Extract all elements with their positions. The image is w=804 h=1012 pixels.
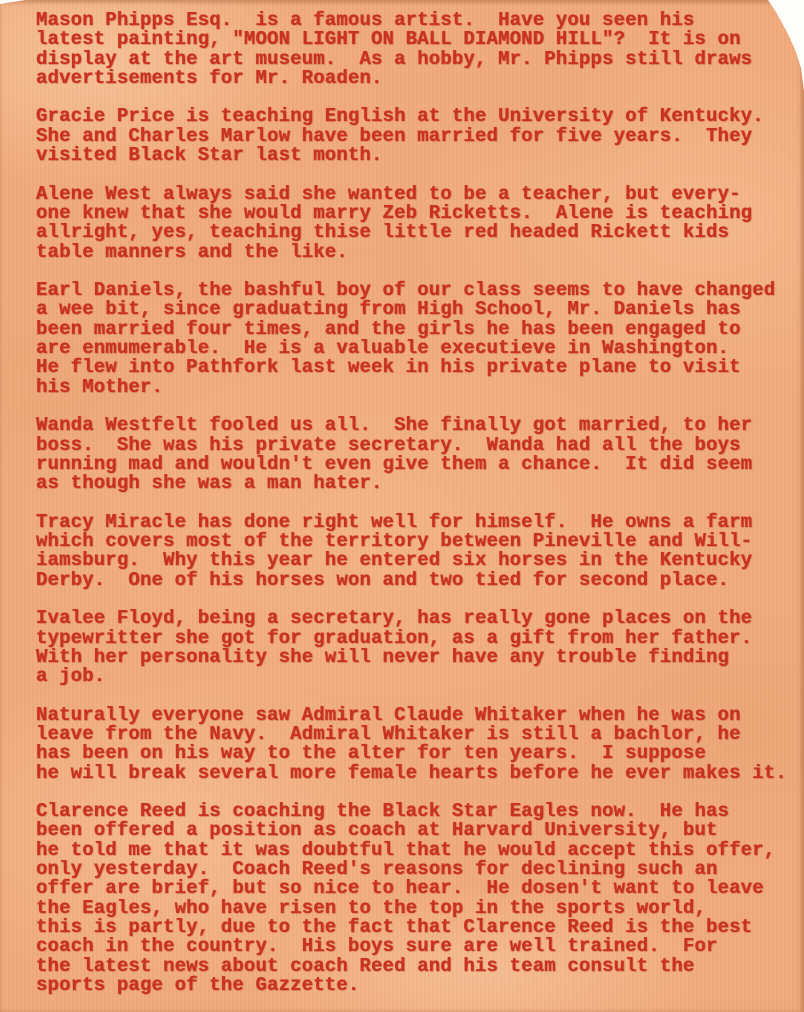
text-line: He flew into Pathfork last week in his p… [36, 358, 790, 377]
paragraph: Alene West always said she wanted to be … [36, 185, 790, 262]
text-line: boss. She was his private secretary. Wan… [36, 436, 790, 455]
text-line: Derby. One of his horses won and two tie… [36, 571, 790, 590]
text-line: visited Black Star last month. [36, 146, 790, 165]
text-line: offer are brief, but so nice to hear. He… [36, 879, 790, 898]
text-line: With her personality she will never have… [36, 648, 790, 667]
text-line: been offered a position as coach at Harv… [36, 821, 790, 840]
text-line: his Mother. [36, 378, 790, 397]
text-line: allright, yes, teaching thise little red… [36, 223, 790, 242]
text-line: as though she was a man hater. [36, 474, 790, 493]
text-line: has been on his way to the alter for ten… [36, 744, 790, 763]
paragraph: Clarence Reed is coaching the Black Star… [36, 802, 790, 995]
text-line: iamsburg. Why this year he entered six h… [36, 551, 790, 570]
document-page: Mason Phipps Esq. is a famous artist. Ha… [0, 0, 804, 1012]
text-line: he will break several more female hearts… [36, 764, 790, 783]
text-line: typewritter she got for graduation, as a… [36, 629, 790, 648]
text-line: the latest news about coach Reed and his… [36, 957, 790, 976]
text-line: display at the art museum. As a hobby, M… [36, 50, 790, 69]
paragraph: Naturally everyone saw Admiral Claude Wh… [36, 706, 790, 783]
typed-text: Mason Phipps Esq. is a famous artist. Ha… [36, 11, 790, 995]
paragraph: Ivalee Floyd, being a secretary, has rea… [36, 609, 790, 686]
text-line: Wanda Westfelt fooled us all. She finall… [36, 416, 790, 435]
text-line: Ivalee Floyd, being a secretary, has rea… [36, 609, 790, 628]
text-line: sports page of the Gazzette. [36, 976, 790, 995]
text-line: advertisements for Mr. Roaden. [36, 69, 790, 88]
text-line: a job. [36, 667, 790, 686]
text-line: latest painting, "MOON LIGHT ON BALL DIA… [36, 30, 790, 49]
text-line: coach in the country. His boys sure are … [36, 937, 790, 956]
paragraph: Wanda Westfelt fooled us all. She finall… [36, 416, 790, 493]
text-line: table manners and the like. [36, 243, 790, 262]
paragraph: Mason Phipps Esq. is a famous artist. Ha… [36, 11, 790, 88]
paragraph: Tracy Miracle has done right well for hi… [36, 513, 790, 590]
text-line: Gracie Price is teaching English at the … [36, 107, 790, 126]
paragraph: Earl Daniels, the bashful boy of our cla… [36, 281, 790, 397]
paragraph: Gracie Price is teaching English at the … [36, 107, 790, 165]
text-line: a wee bit, since graduating from High Sc… [36, 300, 790, 319]
